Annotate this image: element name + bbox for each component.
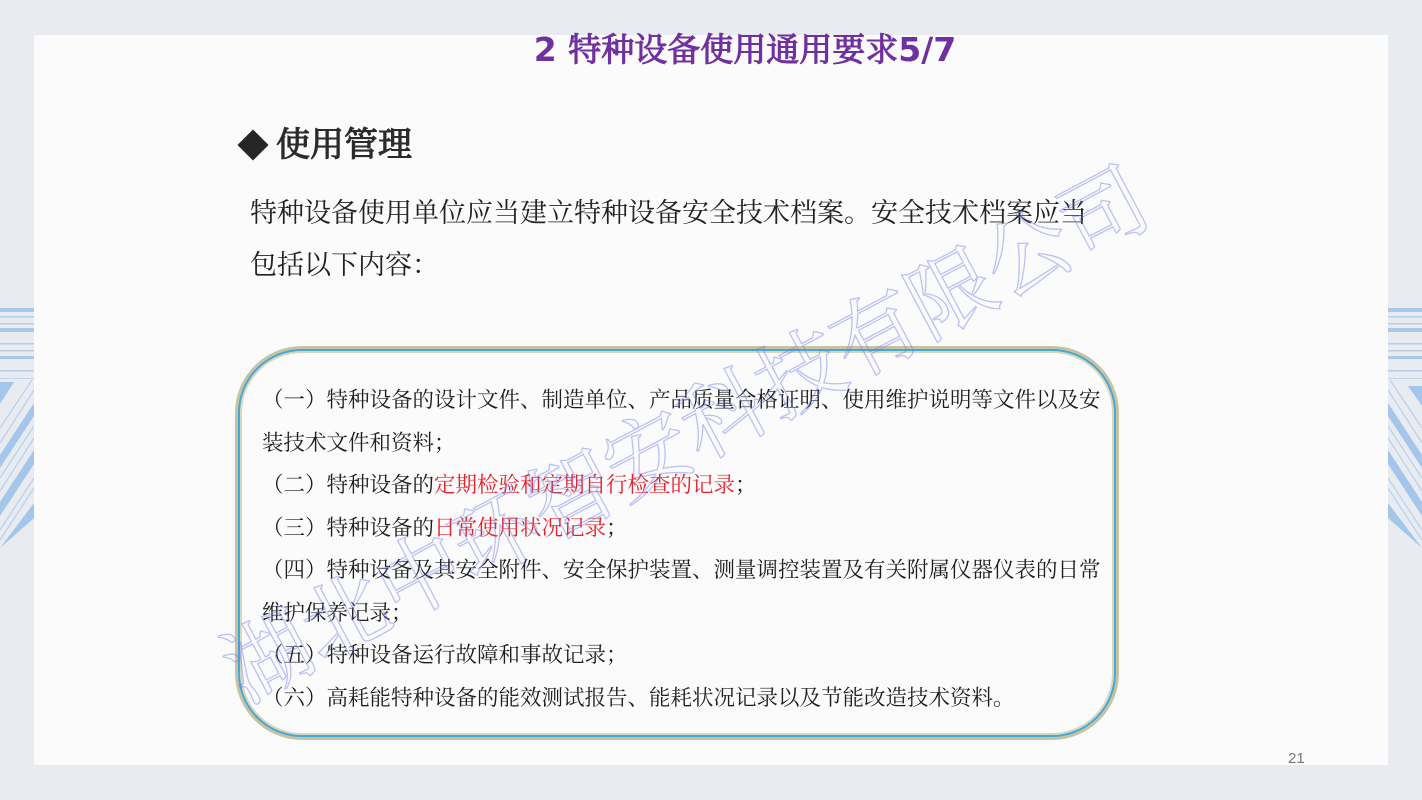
list-item-highlight: 日常使用状况记录 (434, 516, 606, 541)
requirements-list: （一）特种设备的设计文件、制造单位、产品质量合格证明、使用维护说明等文件以及安装… (262, 380, 1102, 720)
intro-paragraph: 特种设备使用单位应当建立特种设备安全技术档案。安全技术档案应当包括以下内容： (250, 188, 1110, 292)
diamond-bullet-icon (237, 129, 268, 160)
section-heading: 使用管理 (236, 122, 412, 168)
page-number: 21 (1288, 750, 1305, 767)
list-item-text: （五）特种设备运行故障和事故记录； (262, 643, 628, 668)
list-item-text: （一）特种设备的设计文件、制造单位、产品质量合格证明、使用维护说明等文件以及安装… (262, 388, 1101, 456)
list-item-text: （三）特种设备的 (262, 516, 434, 541)
slide-title: 2 特种设备使用通用要求5/7 (0, 28, 1422, 72)
decorative-stripes-right (1388, 298, 1422, 548)
section-heading-text: 使用管理 (276, 122, 412, 168)
list-item-highlight: 定期检验和定期自行检查的记录 (434, 473, 735, 498)
decorative-stripes-left (0, 298, 34, 548)
list-item: （五）特种设备运行故障和事故记录； (262, 635, 1102, 678)
list-item-text: （二）特种设备的 (262, 473, 434, 498)
list-item: （六）高耗能特种设备的能效测试报告、能耗状况记录以及节能改造技术资料。 (262, 678, 1102, 721)
list-item-text: （四）特种设备及其安全附件、安全保护装置、测量调控装置及有关附属仪器仪表的日常维… (262, 558, 1101, 626)
list-item: （一）特种设备的设计文件、制造单位、产品质量合格证明、使用维护说明等文件以及安装… (262, 380, 1102, 465)
list-item: （三）特种设备的日常使用状况记录； (262, 508, 1102, 551)
list-item-suffix: ； (606, 516, 628, 541)
list-item-text: （六）高耗能特种设备的能效测试报告、能耗状况记录以及节能改造技术资料。 (262, 686, 1015, 711)
list-item-suffix: ； (735, 473, 757, 498)
list-item: （二）特种设备的定期检验和定期自行检查的记录； (262, 465, 1102, 508)
list-item: （四）特种设备及其安全附件、安全保护装置、测量调控装置及有关附属仪器仪表的日常维… (262, 550, 1102, 635)
